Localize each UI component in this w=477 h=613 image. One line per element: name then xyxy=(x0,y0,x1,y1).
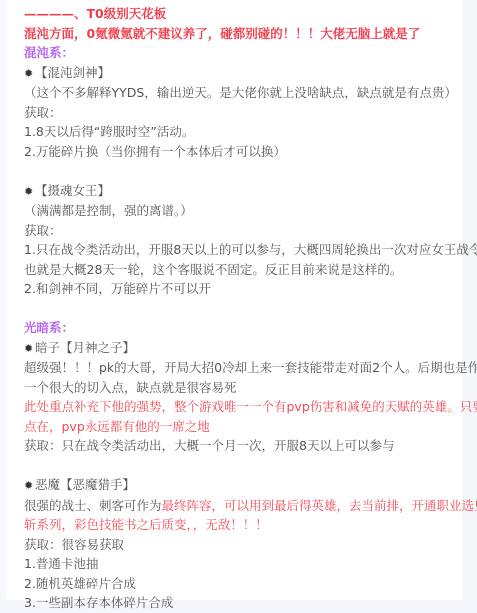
tier-heading: ————、T0级别天花板 xyxy=(24,4,464,24)
spacer xyxy=(24,299,464,319)
content-panel: ————、T0级别天花板 混沌方面，0氪微氪就不建议养了，碰都别碰的！！！大佬无… xyxy=(6,0,462,600)
highlight-note: 点在，pvp永远都有他的一席之地 xyxy=(24,417,464,437)
hero-desc: （满满都是控制，强的离谱。） xyxy=(24,201,464,221)
spacer xyxy=(24,161,464,181)
hero-desc: 超级强！！！pk的大哥，开局大招0冷却上来一套技能带走对面2个人。后期也是作为 xyxy=(24,358,464,378)
burst-icon: ✹ xyxy=(24,476,35,496)
burst-icon: ✹ xyxy=(24,64,35,84)
obtain-item: 2.和剑神不同，万能碎片不可以开 xyxy=(24,279,464,299)
section-heading-chaos: 混沌系： xyxy=(24,43,464,63)
obtain-label: 获取： xyxy=(24,221,464,241)
hero-title-demon-hunter: ✹恶魔【恶魔猎手】 xyxy=(24,475,464,496)
hero-title-soul-queen: ✹【摄魂女王】 xyxy=(24,181,464,202)
obtain-item: 2.万能碎片换（当你拥有一个本体后才可以换） xyxy=(24,142,464,162)
burst-icon: ✹ xyxy=(24,182,35,202)
warning-text: 混沌方面，0氪微氪就不建议养了，碰都别碰的！！！大佬无脑上就是了 xyxy=(24,24,464,44)
highlight-note: 此处重点补充下他的强势，整个游戏唯一一个有pvp伤害和减免的天赋的英雄。只要这 xyxy=(24,397,464,417)
highlight-note: 斩系列，彩色技能书之后质变，，无敌！！！ xyxy=(24,515,464,535)
spacer xyxy=(24,456,464,476)
obtain-item: 1.普通卡池抽 xyxy=(24,554,464,574)
article-body: ————、T0级别天花板 混沌方面，0氪微氪就不建议养了，碰都别碰的！！！大佬无… xyxy=(24,4,464,600)
obtain-item: 也就是大概28天一轮，这个客服说不固定。反正目前来说是这样的。 xyxy=(24,260,464,280)
hero-title-moon-son: ✹暗子【月神之子】 xyxy=(24,338,464,359)
obtain-item: 3.一些副本存本体碎片合成 xyxy=(24,593,464,600)
highlight-note: 最终阵容，可以用到最后得英雄，去当前排，开通职业选鬼 xyxy=(162,498,477,513)
hero-desc: 一个很大的切入点，缺点就是很容易死 xyxy=(24,378,464,398)
section-heading-light-dark: 光暗系： xyxy=(24,318,464,338)
obtain-item: 2.随机英雄碎片合成 xyxy=(24,574,464,594)
hero-desc: （这个不多解释YYDS，输出逆天。是大佬你就上没啥缺点，缺点就是有点贵） xyxy=(24,83,464,103)
obtain-line: 获取：很容易获取 xyxy=(24,535,464,555)
burst-icon: ✹ xyxy=(24,339,35,359)
obtain-item: 1.8天以后得“跨服时空”活动。 xyxy=(24,122,464,142)
hero-title-chaos-sword-god: ✹【混沌剑神】 xyxy=(24,63,464,84)
obtain-line: 获取：只在战令类活动出，大概一个月一次，开服8天以上可以参与 xyxy=(24,436,464,456)
obtain-label: 获取： xyxy=(24,103,464,123)
obtain-item: 1.只在战令类活动出，开服8天以上的可以参与，大概四周轮换出一次对应女王战令， xyxy=(24,240,464,260)
hero-desc: 很强的战士、刺客可作为最终阵容，可以用到最后得英雄，去当前排，开通职业选鬼 xyxy=(24,496,464,516)
